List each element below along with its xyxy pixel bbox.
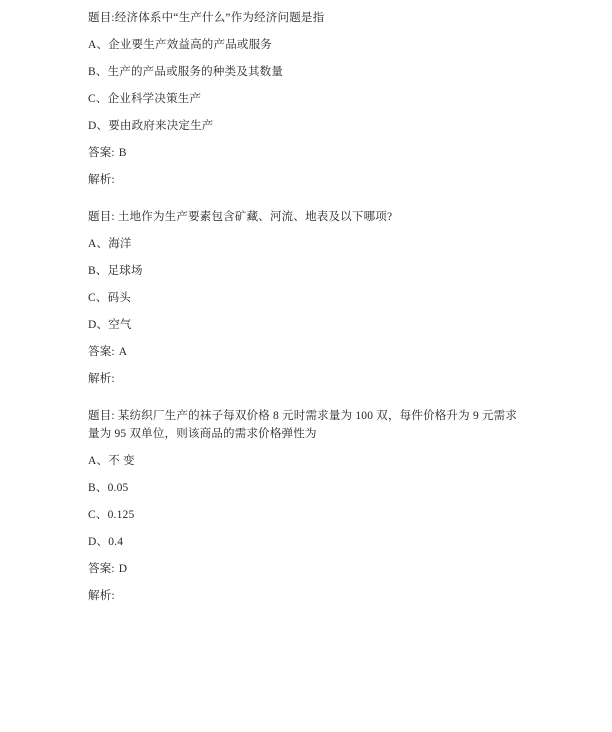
answer-line: 答案:B [88,144,528,162]
option-d: D、空气 [88,316,528,334]
analysis-line: 解析: [88,370,528,388]
option-c: C、0.125 [88,506,528,524]
answer-label: 答案: [88,563,115,575]
answer-line: 答案:A [88,343,528,361]
question-title: 题目: 某纺织厂生产的袜子每双价格 8 元时需求量为 100 双，每件价格升为 … [88,407,528,443]
answer-line: 答案:D [88,560,528,578]
option-a: A、企业要生产效益高的产品或服务 [88,36,528,54]
option-d: D、要由政府来决定生产 [88,117,528,135]
analysis-line: 解析: [88,587,528,605]
option-b: B、生产的产品或服务的种类及其数量 [88,63,528,81]
option-b: B、足球场 [88,262,528,280]
option-a: A、不 变 [88,452,528,470]
question-title: 题目:经济体系中“生产什么”作为经济问题是指 [88,9,528,27]
question-block-1: 题目:经济体系中“生产什么”作为经济问题是指 A、企业要生产效益高的产品或服务 … [88,9,528,189]
question-title: 题目: 土地作为生产要素包含矿藏、河流、地表及以下哪项? [88,208,528,226]
option-a: A、海洋 [88,235,528,253]
option-c: C、码头 [88,289,528,307]
option-d: D、0.4 [88,533,528,551]
analysis-label: 解析: [88,373,115,385]
option-c: C、企业科学决策生产 [88,90,528,108]
answer-value: A [119,346,128,358]
question-block-2: 题目: 土地作为生产要素包含矿藏、河流、地表及以下哪项? A、海洋 B、足球场 … [88,208,528,388]
answer-value: B [119,147,127,159]
analysis-line: 解析: [88,171,528,189]
option-b: B、0.05 [88,479,528,497]
document-page: 题目:经济体系中“生产什么”作为经济问题是指 A、企业要生产效益高的产品或服务 … [0,0,612,732]
document-content: 题目:经济体系中“生产什么”作为经济问题是指 A、企业要生产效益高的产品或服务 … [88,9,528,624]
question-block-3: 题目: 某纺织厂生产的袜子每双价格 8 元时需求量为 100 双，每件价格升为 … [88,407,528,605]
answer-value: D [119,563,128,575]
analysis-label: 解析: [88,174,115,186]
answer-label: 答案: [88,147,115,159]
answer-label: 答案: [88,346,115,358]
analysis-label: 解析: [88,590,115,602]
